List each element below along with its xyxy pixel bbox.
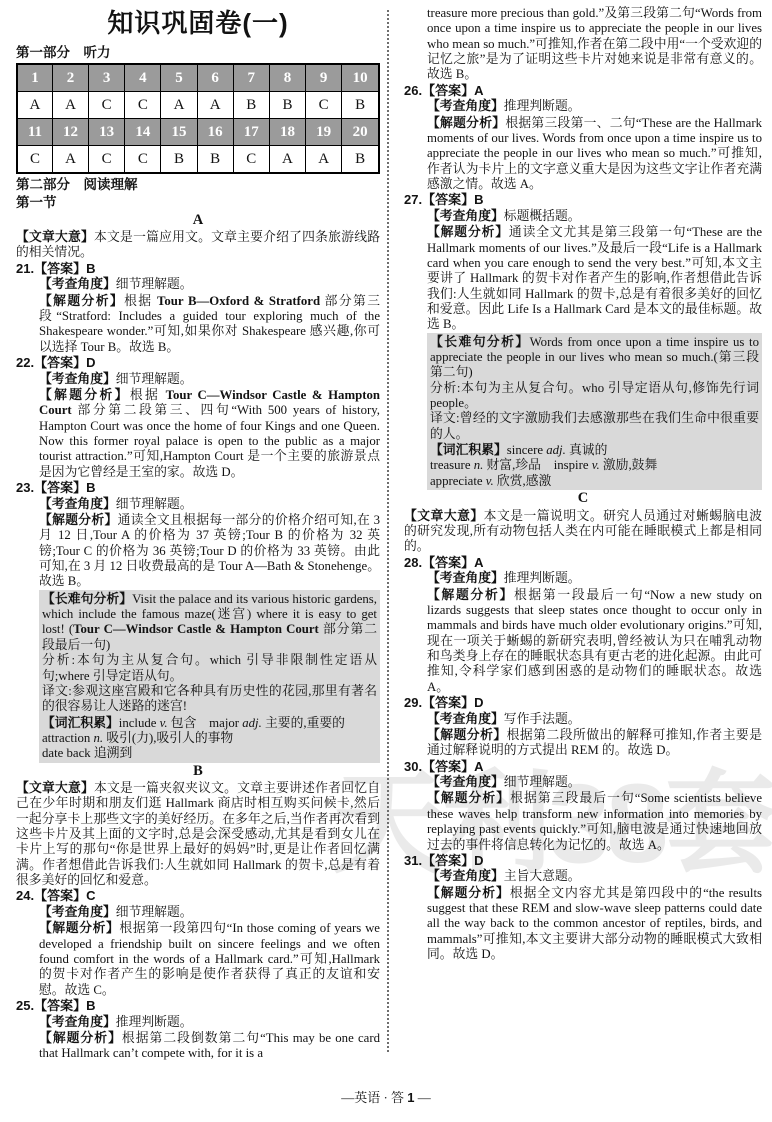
- answer-cell: B: [197, 146, 233, 174]
- analysis-paragraph: 【解题分析】根据第三段最后一句“Some scientists believe …: [427, 790, 762, 852]
- answer-letter: B: [86, 480, 95, 495]
- analysis-paragraph: 【解题分析】通读全文尤其是第三段第一句“These are the Hallma…: [427, 224, 762, 332]
- answer-letter: C: [86, 888, 95, 903]
- listening-answer-table: 1 2 3 4 5 6 7 8 9 10 A A C C A A B B C: [16, 63, 380, 174]
- question-number-cell: 11: [17, 119, 52, 146]
- angle-line: 【考查角度】推理判断题。: [39, 1014, 380, 1030]
- question-number-cell: 17: [233, 119, 269, 146]
- column-divider: [387, 10, 389, 1052]
- answer-cell: A: [269, 146, 305, 174]
- analysis-paragraph: 【解题分析】根据第一段最后一句“Now a new study on lizar…: [427, 587, 762, 695]
- answer-label: 【答案】: [34, 888, 86, 903]
- vocabulary-line: 【词汇积累】include v. 包含 major adj. 主要的,重要的: [42, 715, 377, 731]
- vocabulary-line: treasure n. 财富,珍品 inspire v. 激励,鼓舞: [430, 458, 759, 473]
- right-column: treasure more precious than gold.”及第三段第二…: [404, 6, 762, 963]
- table-row-answers-11-20: C A C C B B C A A B: [17, 146, 379, 174]
- analysis-paragraph: 【解题分析】根据第三段第一、二句“These are the Hallmark …: [427, 115, 762, 193]
- answer-cell: B: [342, 146, 379, 174]
- analysis-paragraph: 【解题分析】根据第二段所做出的解释可推知,作者主要是通过解释说明的方式提出 RE…: [427, 727, 762, 759]
- question-number-cell: 3: [89, 64, 125, 92]
- answer-cell: C: [89, 92, 125, 119]
- angle-line: 【考查角度】细节理解题。: [39, 904, 380, 920]
- answer-cell: A: [52, 92, 88, 119]
- answer-label: 【答案】: [422, 555, 474, 570]
- question-number-cell: 19: [306, 119, 342, 146]
- answer-letter: A: [474, 555, 483, 570]
- section-part1-listening: 第一部分 听力: [16, 45, 380, 61]
- question-number-cell: 9: [306, 64, 342, 92]
- vocabulary-line: date back 追溯到: [42, 746, 377, 761]
- sentence-analysis: 【长难句分析】Visit the palace and its various …: [42, 591, 377, 653]
- analysis-paragraph: treasure more precious than gold.”及第三段第二…: [427, 6, 762, 83]
- left-column: 知识巩固卷(一) 第一部分 听力 1 2 3 4 5 6 7 8 9 10 A …: [16, 8, 380, 1062]
- angle-line: 【考查角度】细节理解题。: [39, 276, 380, 292]
- passage-c-label: C: [404, 490, 762, 507]
- table-row-numbers-11-20: 11 12 13 14 15 16 17 18 19 20: [17, 119, 379, 146]
- answer-label: 【答案】: [422, 695, 474, 710]
- answer-label: 【答案】: [34, 355, 86, 370]
- question-number-cell: 5: [161, 64, 197, 92]
- difficult-sentence-block-left: 【长难句分析】Visit the palace and its various …: [39, 590, 380, 763]
- question-number: 25.: [16, 998, 34, 1013]
- sentence-translation: 译文:参观这座宫殿和它各种具有历史性的花园,那里有著名的很容易让人迷路的迷宫!: [42, 684, 377, 715]
- answer-label: 【答案】: [422, 83, 474, 98]
- answer-letter: B: [86, 998, 95, 1013]
- question-number-cell: 6: [197, 64, 233, 92]
- answer-label: 【答案】: [34, 261, 86, 276]
- answer-cell: C: [125, 92, 161, 119]
- angle-line: 【考查角度】主旨大意题。: [427, 868, 762, 884]
- question-number: 30.: [404, 759, 422, 774]
- passage-c-summary: 【文章大意】本文是一篇说明文。研究人员通过对蜥蜴脑电波的研究发现,所有动物包括人…: [404, 508, 762, 555]
- question-number: 23.: [16, 480, 34, 495]
- angle-line: 【考查角度】推理判断题。: [427, 98, 762, 114]
- answer-cell: B: [161, 146, 197, 174]
- answer-label: 【答案】: [34, 480, 86, 495]
- question-number: 27.: [404, 192, 422, 207]
- question-27: 27.【答案】B 【考查角度】标题概括题。 【解题分析】通读全文尤其是第三段第一…: [404, 192, 762, 332]
- question-number: 28.: [404, 555, 422, 570]
- answer-cell: B: [342, 92, 379, 119]
- question-30: 30.【答案】A 【考查角度】细节理解题。 【解题分析】根据第三段最后一句“So…: [404, 759, 762, 853]
- question-number-cell: 12: [52, 119, 88, 146]
- question-number-cell: 2: [52, 64, 88, 92]
- analysis-paragraph: 【解题分析】根据第一段第四句“In those coming of years …: [39, 920, 380, 998]
- answer-cell: C: [233, 146, 269, 174]
- passage-a-label: A: [16, 212, 380, 229]
- question-number: 21.: [16, 261, 34, 276]
- answer-cell: B: [269, 92, 305, 119]
- sentence-analysis: 【长难句分析】Words from once upon a time inspi…: [430, 334, 759, 381]
- question-number-cell: 16: [197, 119, 233, 146]
- question-24: 24.【答案】C 【考查角度】细节理解题。 【解题分析】根据第一段第四句“In …: [16, 888, 380, 998]
- table-row-answers-1-10: A A C C A A B B C B: [17, 92, 379, 119]
- answer-cell: C: [306, 92, 342, 119]
- vocabulary-line: 【词汇积累】sincere adj. 真诚的: [430, 442, 759, 458]
- answer-cell: C: [17, 146, 52, 174]
- analysis-paragraph: 【解题分析】通读全文且根据每一部分的价格介绍可知,在 3 月 12 日,Tour…: [39, 512, 380, 590]
- answer-letter: D: [474, 853, 483, 868]
- question-number-cell: 18: [269, 119, 305, 146]
- page-footer: —英语 · 答 1 —: [0, 1090, 772, 1106]
- question-number-cell: 20: [342, 119, 379, 146]
- section-node1: 第一节: [16, 195, 380, 211]
- passage-a-summary: 【文章大意】本文是一篇应用文。文章主要介绍了四条旅游线路的相关情况。: [16, 229, 380, 261]
- answer-letter: B: [86, 261, 95, 276]
- question-number: 26.: [404, 83, 422, 98]
- angle-line: 【考查角度】细节理解题。: [39, 496, 380, 512]
- question-number: 24.: [16, 888, 34, 903]
- sentence-analysis: 分析:本句为主从复合句。which 引导非限制性定语从句;where 引导定语从…: [42, 653, 377, 684]
- section-part2-reading: 第二部分 阅读理解: [16, 177, 380, 193]
- question-number-cell: 10: [342, 64, 379, 92]
- answer-label: 【答案】: [422, 759, 474, 774]
- answer-letter: A: [474, 83, 483, 98]
- answer-label: 【答案】: [422, 853, 474, 868]
- angle-line: 【考查角度】细节理解题。: [39, 371, 380, 387]
- passage-b-label: B: [16, 763, 380, 780]
- question-25: 25.【答案】B 【考查角度】推理判断题。 【解题分析】根据第二段倒数第二句“T…: [16, 998, 380, 1062]
- answer-letter: A: [474, 759, 483, 774]
- analysis-paragraph: 【解题分析】根据 Tour C—Windsor Castle & Hampton…: [39, 387, 380, 480]
- angle-line: 【考查角度】标题概括题。: [427, 208, 762, 224]
- question-number-cell: 13: [89, 119, 125, 146]
- answer-cell: A: [306, 146, 342, 174]
- answer-cell: B: [233, 92, 269, 119]
- question-number-cell: 15: [161, 119, 197, 146]
- question-25-continuation: treasure more precious than gold.”及第三段第二…: [427, 6, 762, 83]
- page-title: 知识巩固卷(一): [16, 8, 380, 39]
- analysis-paragraph: 【解题分析】根据 Tour B—Oxford & Stratford 部分第三段…: [39, 293, 380, 355]
- analysis-paragraph: 【解题分析】根据第二段倒数第二句“This may be one card th…: [39, 1030, 380, 1062]
- answer-cell: A: [197, 92, 233, 119]
- answer-letter: D: [474, 695, 483, 710]
- question-23: 23.【答案】B 【考查角度】细节理解题。 【解题分析】通读全文且根据每一部分的…: [16, 480, 380, 590]
- angle-line: 【考查角度】推理判断题。: [427, 570, 762, 586]
- question-31: 31.【答案】D 【考查角度】主旨大意题。 【解题分析】根据全文内容尤其是第四段…: [404, 853, 762, 963]
- answer-cell: C: [89, 146, 125, 174]
- angle-line: 【考查角度】写作手法题。: [427, 711, 762, 727]
- question-21: 21.【答案】B 【考查角度】细节理解题。 【解题分析】根据 Tour B—Ox…: [16, 261, 380, 355]
- difficult-sentence-block-right: 【长难句分析】Words from once upon a time inspi…: [427, 333, 762, 490]
- question-number-cell: 4: [125, 64, 161, 92]
- question-number-cell: 1: [17, 64, 52, 92]
- passage-b-summary: 【文章大意】本文是一篇夹叙夹议文。文章主要讲述作者回忆自己在少年时期和朋友们逛 …: [16, 780, 380, 888]
- question-number: 31.: [404, 853, 422, 868]
- question-number-cell: 14: [125, 119, 161, 146]
- vocabulary-line: appreciate v. 欣赏,感激: [430, 474, 759, 489]
- answer-letter: D: [86, 355, 95, 370]
- answer-cell: A: [161, 92, 197, 119]
- answer-letter: B: [474, 192, 483, 207]
- question-29: 29.【答案】D 【考查角度】写作手法题。 【解题分析】根据第二段所做出的解释可…: [404, 695, 762, 759]
- question-28: 28.【答案】A 【考查角度】推理判断题。 【解题分析】根据第一段最后一句“No…: [404, 555, 762, 695]
- question-number-cell: 8: [269, 64, 305, 92]
- question-number: 29.: [404, 695, 422, 710]
- angle-line: 【考查角度】细节理解题。: [427, 774, 762, 790]
- answer-cell: A: [52, 146, 88, 174]
- sentence-translation: 译文:曾经的文字激励我们去感激那些在我们生命中很重要的人。: [430, 411, 759, 442]
- analysis-paragraph: 【解题分析】根据全文内容尤其是第四段中的“the results suggest…: [427, 885, 762, 963]
- answer-cell: A: [17, 92, 52, 119]
- answer-key-page: 天利38套 知识巩固卷(一) 第一部分 听力 1 2 3 4 5 6 7 8 9…: [0, 0, 772, 1122]
- answer-label: 【答案】: [422, 192, 474, 207]
- question-number: 22.: [16, 355, 34, 370]
- vocabulary-line: attraction n. 吸引(力),吸引人的事物: [42, 731, 377, 746]
- sentence-analysis: 分析:本句为主从复合句。who 引导定语从句,修饰先行词 people。: [430, 381, 759, 412]
- question-22: 22.【答案】D 【考查角度】细节理解题。 【解题分析】根据 Tour C—Wi…: [16, 355, 380, 480]
- table-row-numbers-1-10: 1 2 3 4 5 6 7 8 9 10: [17, 64, 379, 92]
- answer-cell: C: [125, 146, 161, 174]
- answer-label: 【答案】: [34, 998, 86, 1013]
- question-26: 26.【答案】A 【考查角度】推理判断题。 【解题分析】根据第三段第一、二句“T…: [404, 83, 762, 193]
- question-number-cell: 7: [233, 64, 269, 92]
